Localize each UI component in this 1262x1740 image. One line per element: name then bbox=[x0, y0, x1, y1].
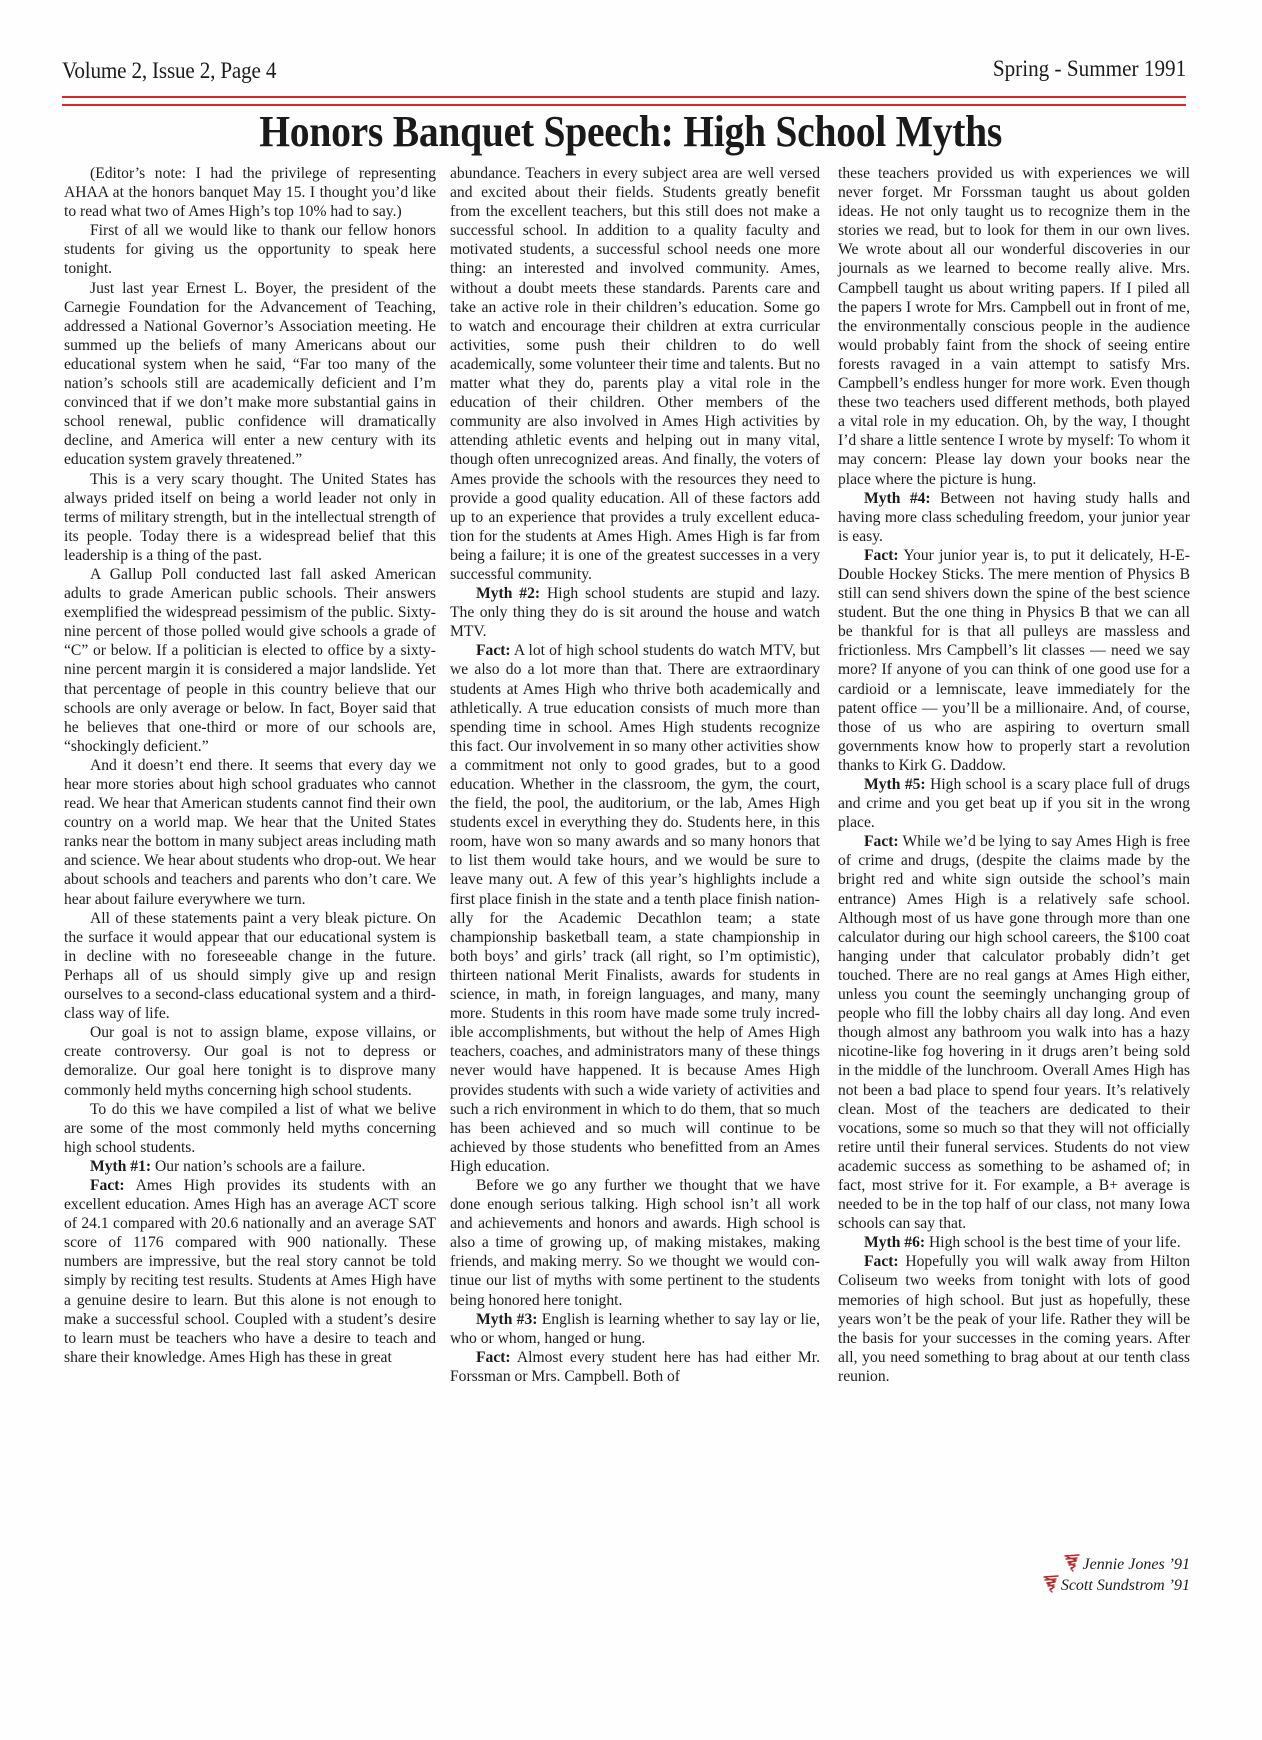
paragraph-lead: Myth #4: bbox=[864, 490, 931, 507]
myth-paragraph: Myth #2: High school students are stupid… bbox=[450, 584, 820, 641]
fact-paragraph: Fact: Hopefully you will walk away from … bbox=[838, 1252, 1190, 1386]
paragraph-text: High school is the best time of your lif… bbox=[925, 1234, 1181, 1251]
fact-paragraph: Fact: Almost every student here has had … bbox=[450, 1348, 820, 1386]
paragraph-text: Our goal is not to assign blame, expose … bbox=[64, 1024, 436, 1098]
body-paragraph: Before we go any further we thought that… bbox=[450, 1176, 820, 1310]
article-column-1: (Editor’s note: I had the privilege of r… bbox=[64, 164, 436, 1367]
tornado-mark-icon bbox=[1043, 1575, 1059, 1593]
body-paragraph: these teachers provided us with experien… bbox=[838, 164, 1190, 489]
paragraph-lead: Fact: bbox=[864, 1253, 899, 1270]
article-title: Honors Banquet Speech: High School Myths bbox=[0, 106, 1262, 157]
body-paragraph: This is a very scary thought. The United… bbox=[64, 470, 436, 565]
paragraph-text: Ames High provides its students with an … bbox=[64, 1177, 436, 1366]
article-column-3: these teachers provided us with experien… bbox=[838, 164, 1190, 1386]
paragraph-text: All of these statements paint a very ble… bbox=[64, 910, 436, 1022]
paragraph-text: And it doesn’t end there. It seems that … bbox=[64, 757, 436, 908]
body-paragraph: Just last year Ernest L. Boyer, the pres… bbox=[64, 279, 436, 470]
paragraph-text: abundance. Teachers in every subject are… bbox=[450, 165, 820, 583]
body-paragraph: (Editor’s note: I had the privilege of r… bbox=[64, 164, 436, 221]
paragraph-lead: Fact: bbox=[476, 1349, 511, 1366]
myth-paragraph: Myth #1: Our nation’s schools are a fail… bbox=[64, 1157, 436, 1176]
body-paragraph: To do this we have compiled a list of wh… bbox=[64, 1100, 436, 1157]
myth-paragraph: Myth #4: Between not having study halls … bbox=[838, 489, 1190, 546]
paragraph-lead: Fact: bbox=[476, 642, 511, 659]
body-paragraph: Our goal is not to assign blame, expose … bbox=[64, 1023, 436, 1099]
article-column-2: abundance. Teachers in every subject are… bbox=[450, 164, 820, 1386]
body-paragraph: abundance. Teachers in every subject are… bbox=[450, 164, 820, 584]
paragraph-lead: Myth #3: bbox=[476, 1311, 537, 1328]
paragraph-text: A lot of high school students do watch M… bbox=[450, 642, 820, 1175]
paragraph-lead: Fact: bbox=[90, 1177, 125, 1194]
paragraph-text: To do this we have compiled a list of wh… bbox=[64, 1101, 436, 1156]
paragraph-lead: Myth #6: bbox=[864, 1234, 925, 1251]
fact-paragraph: Fact: Ames High provides its students wi… bbox=[64, 1176, 436, 1367]
fact-paragraph: Fact: Your junior year is, to put it del… bbox=[838, 546, 1190, 775]
season-date: Spring - Summer 1991 bbox=[993, 56, 1186, 82]
masthead: Volume 2, Issue 2, Page 4 Spring - Summe… bbox=[62, 58, 1186, 88]
paragraph-lead: Myth #5: bbox=[864, 776, 926, 793]
paragraph-text: This is a very scary thought. The United… bbox=[64, 471, 436, 564]
paragraph-lead: Myth #1: bbox=[90, 1158, 151, 1175]
issue-info: Volume 2, Issue 2, Page 4 bbox=[62, 58, 276, 84]
myth-paragraph: Myth #3: English is learning whether to … bbox=[450, 1310, 820, 1348]
author-line: Scott Sundstrom ’91 bbox=[1043, 1575, 1190, 1596]
tornado-mark-icon bbox=[1064, 1554, 1080, 1572]
body-paragraph: First of all we would like to thank our … bbox=[64, 221, 436, 278]
body-paragraph: A Gallup Poll conducted last fall asked … bbox=[64, 565, 436, 756]
newsletter-page: Volume 2, Issue 2, Page 4 Spring - Summe… bbox=[0, 0, 1262, 1740]
paragraph-lead: Fact: bbox=[864, 547, 899, 564]
author-line: Jennie Jones ’91 bbox=[1043, 1554, 1190, 1575]
myth-paragraph: Myth #6: High school is the best time of… bbox=[838, 1233, 1190, 1252]
paragraph-text: First of all we would like to thank our … bbox=[64, 222, 436, 277]
paragraph-lead: Fact: bbox=[864, 833, 899, 850]
myth-paragraph: Myth #5: High school is a scary place fu… bbox=[838, 775, 1190, 832]
paragraph-lead: Myth #2: bbox=[476, 585, 540, 602]
paragraph-text: A Gallup Poll conducted last fall asked … bbox=[64, 566, 436, 755]
article-title-text: Honors Banquet Speech: High School Myths bbox=[260, 106, 1003, 157]
paragraph-text: Just last year Ernest L. Boyer, the pres… bbox=[64, 280, 436, 469]
author-name: Scott Sundstrom ’91 bbox=[1061, 1577, 1190, 1594]
author-signatures: Jennie Jones ’91 Scott Sundstrom ’91 bbox=[1043, 1554, 1190, 1596]
author-name: Jennie Jones ’91 bbox=[1082, 1556, 1190, 1573]
fact-paragraph: Fact: While we’d be lying to say Ames Hi… bbox=[838, 832, 1190, 1233]
paragraph-text: (Editor’s note: I had the privilege of r… bbox=[64, 165, 436, 220]
paragraph-text: Our nation’s schools are a failure. bbox=[151, 1158, 365, 1175]
paragraph-text: Hopefully you will walk away from Hilton… bbox=[838, 1253, 1190, 1385]
paragraph-text: Your junior year is, to put it delicatel… bbox=[838, 547, 1190, 774]
paragraph-text: these teachers provided us with experien… bbox=[838, 165, 1190, 488]
body-paragraph: And it doesn’t end there. It seems that … bbox=[64, 756, 436, 909]
header-rule-top bbox=[62, 96, 1186, 98]
body-paragraph: All of these statements paint a very ble… bbox=[64, 909, 436, 1024]
paragraph-text: Before we go any further we thought that… bbox=[450, 1177, 820, 1309]
paragraph-text: While we’d be lying to say Ames High is … bbox=[838, 833, 1190, 1232]
fact-paragraph: Fact: A lot of high school students do w… bbox=[450, 641, 820, 1176]
